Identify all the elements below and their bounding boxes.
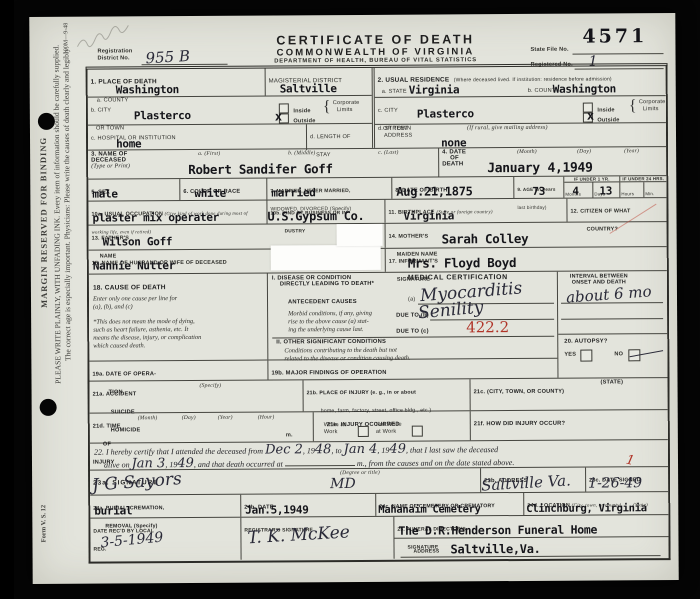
section-22-certification: 22. I hereby certify that I attended the… [90, 440, 668, 471]
section-cause-of-death: 18. CAUSE OF DEATH Enter only one cause … [89, 274, 268, 381]
certify-from-year: 48 [315, 442, 332, 457]
injury-hour-label: (Hour) [258, 414, 275, 421]
autopsy-no-label: NO [614, 351, 623, 358]
injury-m-label: m. [286, 433, 293, 440]
mother-value: Sarah Colley [442, 231, 529, 247]
name-title: 3. NAME OFDECEASED (Type or Print) [91, 151, 130, 169]
age-under-1yr-group: IF UNDER 1 YR. Months 4 Days 13 [563, 176, 619, 197]
section-21d: 21d. TIMEOFINJURY (Month) (Day) (Year) (… [90, 412, 313, 442]
location-value: Clinchburg, Virginia [526, 502, 647, 515]
section-place-of-death: 1. PLACE OF DEATH a. COUNTY Washington M… [88, 68, 372, 150]
place-hospital-value: home [116, 137, 141, 150]
punch-hole-bottom [40, 399, 57, 416]
occupation-value: plaster mix operater [92, 211, 219, 225]
section-24d-location: 24d. LOCATION (City, town, or county) (S… [523, 492, 668, 515]
other-conditions-note: Conditions contributing to the death but… [284, 347, 410, 364]
hours-label: Hours [621, 192, 634, 197]
autopsy-yes-label: YES [564, 352, 576, 359]
burial-value: burial [94, 504, 132, 517]
section-21e: 21e. INJURY OCCURRED While atWork Not Wh… [313, 411, 470, 441]
medical-part1-label: I. DISEASE OR CONDITIONDIRECTLY LEADING … [272, 275, 374, 288]
section-24b-date: 24b. DATE Jan.5,1949 [240, 494, 375, 517]
certify-text-6: alive on [104, 460, 130, 469]
injury-day-label: (Day) [182, 415, 196, 422]
injury-city-label: 21c. (CITY, TOWN, OR COUNTY) [474, 389, 565, 396]
residence-state-value: Virginia [409, 83, 460, 96]
while-at-work-label: While atWork [324, 422, 346, 436]
deceased-name-value: Robert Sandifer Goff [188, 161, 333, 177]
correction-patch-1 [271, 245, 381, 271]
while-at-work-checkbox [358, 426, 369, 437]
section-informant: 17. INFORMANT'SSIGNATURE Mrs. Floyd Boyd [385, 247, 667, 272]
certify-text-7: , 19 [165, 460, 177, 469]
name-last-label: c. (Last) [378, 150, 398, 157]
section-funeral-director: 25. FUNERAL DIRECTOR'SSIGNATURE The D.R.… [393, 515, 668, 559]
autopsy-yes-checkbox [580, 350, 592, 362]
residence-county-value: Washington [553, 82, 616, 95]
place-city-value: Plasterco [134, 109, 191, 122]
funeral-address-value: Saltville,Va. [450, 542, 540, 557]
section-date-of-birth: 8. DATE OF BIRTH Aug.21,1875 [391, 177, 513, 199]
injury-state-label: (STATE) [600, 379, 623, 385]
form-number: Form V. S. 12 [40, 505, 47, 543]
cause-note1: Enter only one cause per line for (a), (… [93, 295, 183, 312]
residence-street-label: d. STREETADDRESS [378, 126, 413, 140]
residence-outside-mark: x [587, 109, 594, 123]
certify-from-date: Dec 2 [265, 442, 303, 457]
place-corporate-limits: Inside Outside x { CorporateLimits [265, 96, 372, 124]
injury-year-label: (Year) [218, 415, 233, 422]
informant-value: Mrs. Floyd Boyd [408, 255, 516, 271]
death-date-month-label: (Month) [517, 149, 537, 156]
due-to-c-label: DUE TO (c) [396, 329, 429, 335]
name-middle-label: b. (Middle) [288, 150, 315, 157]
months-value: 4 [572, 185, 578, 198]
death-date-day-label: (Day) [577, 149, 591, 156]
marital-value: married [271, 186, 315, 199]
section-24c-cemetery: 24c. NAME OF CEMETERY OR CREMATORY Mahan… [375, 493, 523, 516]
icd-code-value: 422.2 [466, 318, 509, 336]
cemetery-value: Mahanaim Cemetery [378, 503, 480, 516]
funeral-address-label: ADDRESS [414, 548, 440, 554]
days-value: 13 [599, 185, 612, 198]
section-mother: 14. MOTHER'SMAIDEN NAME Sarah Colley [385, 222, 667, 248]
section-registrar-signature: REGISTRAR'S SIGNATURE T. K. McKee [240, 517, 393, 560]
margin-binding-text: MARGIN RESERVED FOR BINDING [38, 137, 49, 308]
race-value: white [194, 187, 226, 200]
min-label: Min. [645, 191, 654, 196]
registrar-signature-value: T. K. McKee [247, 522, 350, 548]
section-date-received: DATE REC'D BY LOCALREG. 3-5-1949 [90, 518, 240, 561]
section-21a: 21a. ACCIDENTSUICIDEHOMICIDE (Specify) [90, 380, 303, 412]
business-value: U.S.Gypsum Co. [267, 209, 364, 224]
certify-alive-date: Jan 3 [132, 456, 166, 471]
birth-value: Aug.21,1875 [396, 184, 472, 198]
morbid-note: Morbid conditions, if any, givingrise to… [288, 310, 372, 335]
section-name-of-deceased: 3. NAME OFDECEASED (Type or Print) a. (F… [88, 148, 438, 178]
age-under-24hr-group: IF UNDER 24 HRS. Hours Min. [619, 176, 666, 197]
certify-to-date: Jan 4 [344, 442, 378, 457]
magisterial-district-value: Saltville [280, 82, 337, 95]
sex-value: male [92, 187, 117, 200]
place-corp-label: CorporateLimits [333, 100, 360, 114]
section-usual-residence: 2. USUAL RESIDENCE (Where deceased lived… [372, 66, 666, 148]
certify-text-2: , 19 [303, 446, 315, 455]
certify-text-4: , 19 [377, 446, 389, 455]
burial-date-value: Jan.5,1949 [245, 503, 308, 516]
age-value: 73 [532, 185, 545, 198]
section-medical-certification: I. DISEASE OR CONDITIONDIRECTLY LEADING … [267, 272, 558, 380]
address-value: Saltville Va. [481, 471, 572, 494]
spouse-value: Nannie Nutter [93, 259, 175, 273]
birthplace-value: Virginia [403, 209, 454, 222]
place-corp-brace: { [323, 98, 331, 116]
section-race: 6. COLOR OR RACE white [179, 179, 266, 201]
state-file-label: State File No. [530, 47, 568, 54]
section-marital: 7. MARRIED, NEVER MARRIED,WIDOWED, DIVOR… [266, 178, 391, 200]
section-21b: 21b. PLACE OF INJURY (e. g., in or about… [302, 379, 469, 411]
section-23a-signature: 23a. SIGNATURE J G Sayors (Degree or tit… [90, 468, 480, 494]
residence-corporate-limits: Inside Outside x { CorporateLimits [555, 96, 666, 123]
place-outside-mark: x [275, 109, 282, 123]
certify-text-8: , and that death occurred at [194, 459, 283, 469]
section-21f: 21f. HOW DID INJURY OCCUR? [470, 410, 668, 440]
how-injury-label: 21f. HOW DID INJURY OCCUR? [474, 421, 566, 428]
margin-rule2-text: The correct age is especially important.… [61, 47, 72, 361]
cause-note2: *This does not mean the mode of dying, s… [93, 318, 205, 351]
father-value: Wilson Goff [103, 235, 173, 248]
print-code: 100M—9-48 [63, 23, 69, 54]
injury-month-label: (Month) [138, 415, 158, 422]
not-while-at-work-checkbox [412, 426, 423, 437]
state-file-number: 4571 [582, 25, 647, 47]
section-age: 9. AGE (In yearslast birthday) 73 [513, 177, 563, 198]
death-date-label: 4. DATEOFDEATH [442, 149, 466, 167]
correction-patch-2 [337, 224, 383, 246]
residence-state-label: a. STATE [382, 89, 407, 95]
antecedent-label: ANTECEDENT CAUSES [288, 299, 357, 305]
section-business: 10b. KIND OF BUSINESS OR IN-DUSTRY U.S.G… [266, 200, 384, 224]
section-date-of-death: 4. DATEOFDEATH (Month) (Day) (Year) Janu… [438, 147, 666, 176]
section-sex: 5. SEX male [88, 179, 179, 201]
section-birthplace: 11. BIRTHPLACE (State or foreign country… [384, 199, 566, 223]
photo-background: MARGIN RESERVED FOR BINDING PLEASE WRITE… [0, 0, 700, 599]
operation-findings-label: 19b. MAJOR FINDINGS OF OPERATION [271, 370, 386, 377]
name-first-label: a. (First) [198, 151, 220, 158]
degree-value: MD [330, 476, 356, 492]
death-date-year-label: (Year) [624, 148, 639, 155]
place-of-injury-label: 21b. PLACE OF INJURY (e. g., in or about… [307, 390, 432, 415]
certify-to-year: 49 [389, 442, 406, 457]
accident-specify-label: (Specify) [200, 383, 222, 390]
not-while-at-work-label: Not Whileat Work [376, 422, 402, 436]
red-check-mark: 1 [625, 453, 636, 469]
other-conditions-label: II. OTHER SIGNIFICANT CONDITIONS [276, 339, 386, 346]
residence-city-value: Plasterco [417, 107, 474, 120]
section-23b-address: 23b. ADDRESS Saltville Va. [480, 468, 585, 493]
date-signed-value: 1-26-49 [588, 475, 642, 491]
funeral-director-value: The D.R.Henderson Funeral Home [398, 523, 597, 538]
section-23c-date-signed: 23c. DATE SIGNED 1-26-49 1 [585, 467, 668, 492]
form-grid: 1. PLACE OF DEATH a. COUNTY Washington M… [86, 63, 671, 564]
certify-text-3: , to [331, 446, 341, 455]
section-24a-burial: 24a. BURIAL, CREMATION,REMOVAL (Specify)… [90, 495, 240, 518]
section-occupation: 10a. USUAL OCCUPATION (Give kind of work… [88, 201, 266, 225]
certify-blank-line [285, 465, 355, 466]
residence-street-note: (If rural, give mailing address) [467, 125, 548, 133]
medical-a-label: (a) [408, 297, 415, 304]
cause-label: 18. CAUSE OF DEATH [93, 284, 166, 291]
certify-text-9: m., from the causes and on the date stat… [357, 458, 515, 468]
residence-corp-label: CorporateLimits [639, 99, 666, 113]
section-interval-autopsy: INTERVAL BETWEENONSET AND DEATH about 6 … [557, 271, 668, 378]
death-certificate-paper: MARGIN RESERVED FOR BINDING PLEASE WRITE… [29, 13, 678, 584]
certify-text-5: , that I last saw the deceased [406, 445, 498, 455]
section-21c: 21c. (CITY, TOWN, OR COUNTY) (STATE) [469, 378, 667, 410]
autopsy-label: 20. AUTOPSY? [564, 338, 607, 344]
section-citizen: 12. CITIZEN OF WHATCOUNTRY? [566, 198, 666, 222]
death-date-value: January 4,1949 [487, 161, 592, 177]
residence-corp-brace: { [629, 97, 637, 115]
place-county-value: Washington [116, 83, 179, 96]
physician-signature: J G Sayors [91, 469, 182, 496]
